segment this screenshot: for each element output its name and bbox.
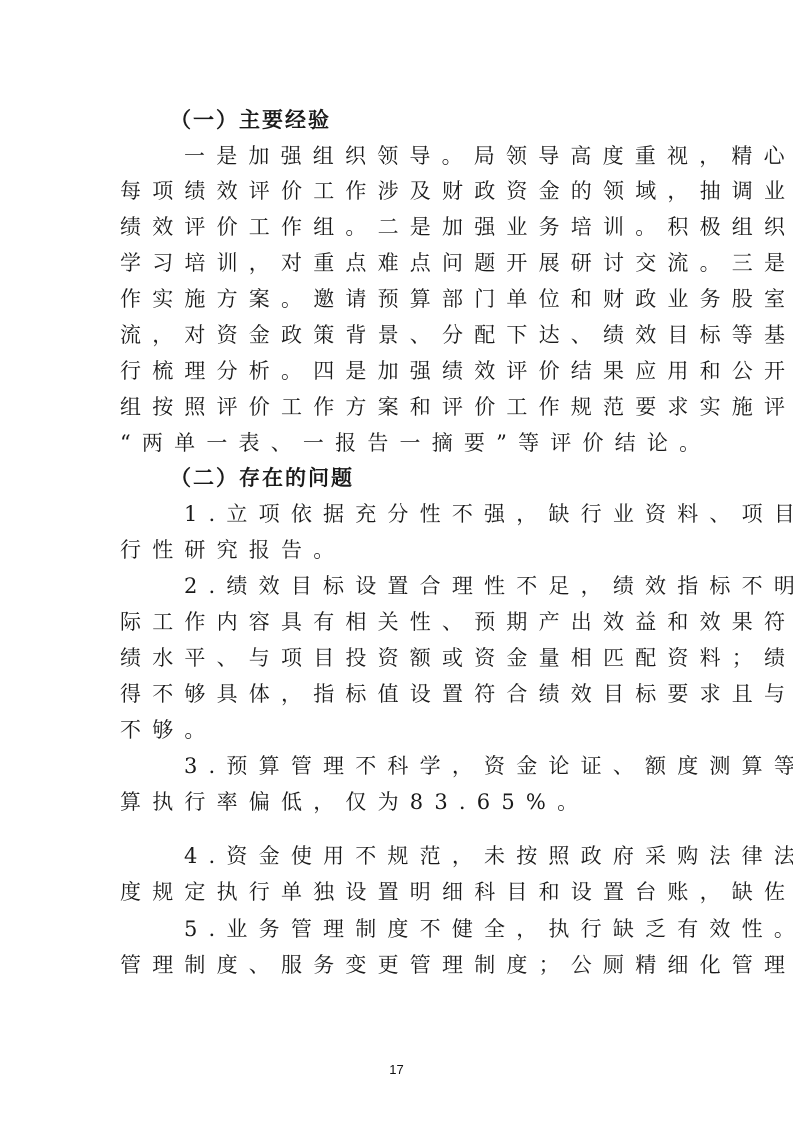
document-page: （一）主要经验一是加强组织领导。局领导高度重视，精心组织，根据每项绩效评价工作涉… — [0, 0, 793, 1122]
text-line: 度规定执行单独设置明细科目和设置台账，缺佐证资料。 — [120, 874, 680, 910]
text-line: 得不够具体，指标值设置符合绩效目标要求且与内容匹配度 — [120, 676, 680, 712]
text-line: 不够。 — [120, 712, 680, 748]
text-line: 流，对资金政策背景、分配下达、绩效目标等基础性材料进 — [120, 317, 680, 353]
text-line: 5.业务管理制度不健全，执行缺乏有效性。缺保洁服务 — [184, 911, 744, 947]
text-line: 每项绩效评价工作涉及财政资金的领域，抽调业务骨干组成 — [120, 173, 680, 209]
section-heading: （一）主要经验 — [170, 102, 730, 138]
text-line: 行性研究报告。 — [120, 532, 680, 568]
section-heading: （二）存在的问题 — [170, 460, 730, 496]
text-line: 管理制度、服务变更管理制度；公厕精细化管理考核标准缺 — [120, 947, 680, 983]
text-line: 2.绩效目标设置合理性不足，绩效指标不明确。缺与实 — [184, 568, 744, 604]
text-line: 学习培训，对重点难点问题开展研讨交流。三是认真制定工 — [120, 245, 680, 281]
text-line: 1.立项依据充分性不强，缺行业资料、项目建议书或可 — [184, 496, 744, 532]
text-line: 际工作内容具有相关性、预期产出效益和效果符合正常的业 — [120, 604, 680, 640]
text-line: 行梳理分析。四是加强绩效评价结果应用和公开。评价工作 — [120, 353, 680, 389]
text-line: 绩效评价工作组。二是加强业务培训。积极组织工作组参加 — [120, 209, 680, 245]
text-line: “两单一表、一报告一摘要”等评价结论。 — [120, 425, 680, 461]
text-line: 4.资金使用不规范，未按照政府采购法律法规和有关制 — [184, 838, 744, 874]
text-line: 算执行率偏低，仅为83.65%。 — [120, 784, 680, 820]
text-line: 绩水平、与项目投资额或资金量相匹配资料；绩效指标细化 — [120, 640, 680, 676]
text-line: 组按照评价工作方案和评价工作规范要求实施评价，将形成 — [120, 389, 680, 425]
text-line: 作实施方案。邀请预算部门单位和财政业务股室开展座谈交 — [120, 281, 680, 317]
text-line: 3.预算管理不科学，资金论证、额度测算等缺失。且预 — [184, 748, 744, 784]
page-number: 17 — [0, 1062, 793, 1077]
text-line: 一是加强组织领导。局领导高度重视，精心组织，根据 — [184, 138, 744, 174]
